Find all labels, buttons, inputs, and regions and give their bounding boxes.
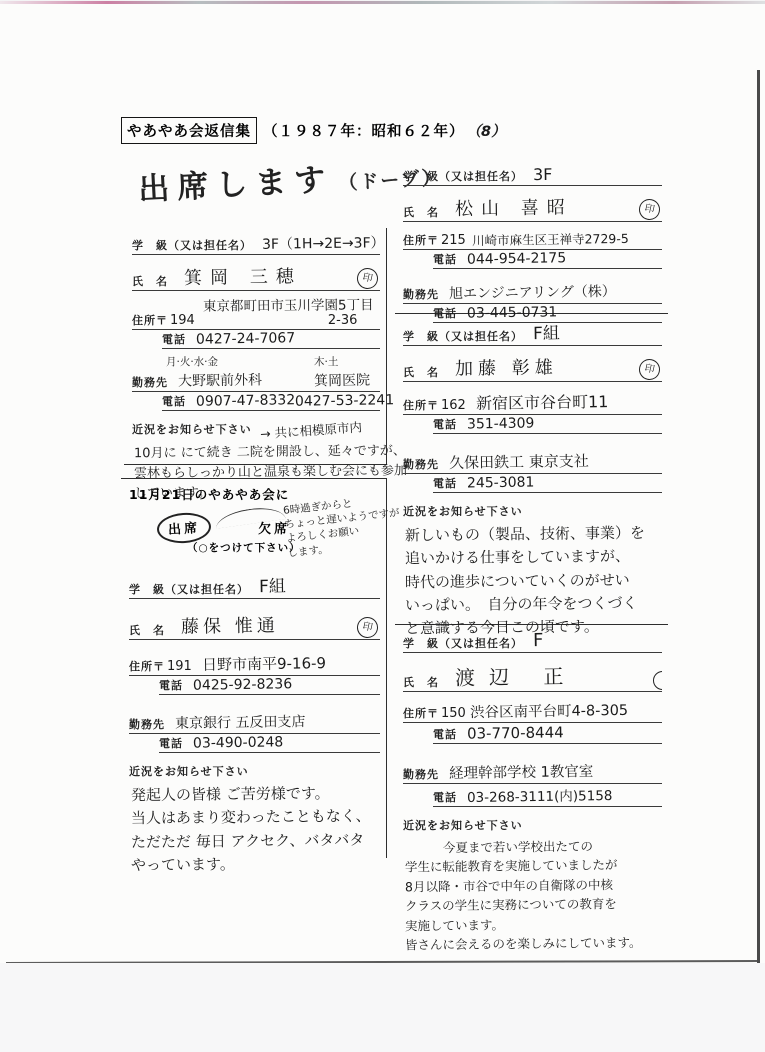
- work-value: 東京銀行 五反田支店: [175, 711, 306, 733]
- status-text: 発起人の皆様 ご苦労様です。 当人はあまり変わったこともなく、 ただただ 毎日 …: [131, 783, 380, 876]
- work-label: 勤務先: [132, 374, 168, 390]
- name-value: 渡辺 正: [455, 660, 578, 691]
- phone-value: 0427-24-7067: [196, 330, 295, 347]
- phone-label: 電話: [162, 331, 186, 347]
- postal-code: 150: [441, 706, 466, 721]
- work-values: 大野駅前外科 箕岡医院: [168, 370, 378, 390]
- work-row: 勤務先 久保田鉄工 東京支社: [403, 450, 662, 474]
- seal-stamp: 印: [355, 266, 380, 291]
- seal-stamp: 印: [355, 615, 380, 640]
- work-phone-1: 0907-47-8332: [196, 392, 295, 409]
- name-label: 氏 名: [403, 204, 439, 220]
- name-value: 箕岡 三穂: [184, 262, 302, 290]
- work-label: 勤務先: [129, 716, 165, 732]
- name-value: 加藤 彰雄: [455, 353, 558, 380]
- phone-label: 電話: [433, 726, 457, 742]
- address-label: 住所〒: [132, 312, 168, 328]
- work-phone-row: 電話 03-268-3111(内)5158: [433, 784, 662, 807]
- seal-stamp-clipped: [653, 671, 662, 690]
- status-label: 近況をお知らせ下さい: [403, 503, 523, 519]
- name-value: 藤保 惟通: [181, 611, 279, 638]
- status-line: クラスの学生に実務についての教育を: [405, 894, 662, 916]
- class-row: 学 級（又は担任名） 3F: [403, 164, 662, 186]
- circle-instruction: （○をつけて下さい）: [187, 540, 301, 555]
- class-row: 学 級（又は担任名） F組: [403, 318, 662, 346]
- scan-edge-right: [757, 70, 760, 963]
- class-label: 学 級（又は担任名）: [403, 635, 523, 651]
- name-row: 氏 名 松山 喜昭 印: [403, 193, 662, 222]
- status-label: 近況をお知らせ下さい: [129, 763, 249, 779]
- scanned-page: やあやあ会返信集 （１９８７年：昭和６２年） （8） 出席します （ドーゾ） 学…: [0, 0, 765, 1052]
- seal-stamp: 印: [637, 197, 662, 222]
- status-line: 時代の進歩についていくのがせい: [405, 568, 662, 594]
- address-row: 住所〒 215 川崎市麻生区王禅寺2729-5: [403, 229, 662, 250]
- schedule-weekdays: 月·火·水·金: [166, 354, 218, 369]
- address-label: 住所〒: [403, 705, 439, 721]
- class-value: 3F（1H→2E→3F）: [262, 232, 385, 254]
- work-row: 勤務先 旭エンジニアリング（株）: [403, 281, 662, 304]
- phone-row: 電話 0427-24-7067: [162, 330, 380, 349]
- status-text: 新しいもの（製品、技術、事業）を 追いかける仕事をしていますが、 時代の進歩につ…: [405, 523, 662, 639]
- work-value: 経理幹部学校 1教官室: [449, 760, 594, 783]
- name-value: 松山 喜昭: [455, 193, 573, 221]
- name-row: 氏 名 加藤 彰雄 印: [403, 353, 662, 382]
- name-row: 氏 名 渡辺 正: [403, 660, 662, 692]
- status-line: やっています。: [131, 851, 380, 877]
- class-value: F組: [259, 572, 286, 597]
- work-phone-row: 電話 0907-47-8332 0427-53-2241: [162, 392, 380, 411]
- address-row: 住所〒 150 渋谷区南平台町4-8-305: [403, 699, 662, 723]
- header-year: （１９８７年：昭和６２年）: [263, 120, 465, 141]
- reply-card-kato: 学 級（又は担任名） F組 氏 名 加藤 彰雄 印 住所〒 162 新宿区市谷台…: [395, 314, 668, 625]
- work-phone-values: 0907-47-8332 0427-53-2241: [186, 393, 402, 409]
- work-label: 勤務先: [403, 456, 439, 472]
- work-row: 勤務先 東京銀行 五反田支店: [129, 711, 380, 734]
- status-line: ただただ 毎日 アクセク、バタバタ: [131, 828, 380, 854]
- scan-edge-top: [0, 1, 765, 4]
- postal-code: 162: [441, 398, 466, 413]
- name-row: 氏 名 箕岡 三穂 印: [132, 262, 380, 291]
- reply-card-fujiyasu: 11月21日のやあやあ会に 出席 欠席 （○をつけて下さい） 6時過ぎからと ち…: [121, 478, 387, 858]
- phone-label: 電話: [433, 416, 457, 432]
- status-row: 近況をお知らせ下さい: [403, 817, 662, 833]
- work-phone-value: 03-268-3111(内)5158: [467, 784, 613, 806]
- class-value: F組: [533, 319, 560, 344]
- phone-value: 351-4309: [467, 416, 535, 433]
- phone-value: 03-770-8444: [467, 723, 564, 742]
- work-phone-label: 電話: [433, 475, 457, 491]
- postal-code: 191: [167, 659, 192, 674]
- status-line: 学生に転能教育を実施していましたが: [405, 855, 662, 877]
- class-value: F: [533, 630, 544, 651]
- seal-stamp: 印: [637, 357, 662, 382]
- work-phone-label: 電話: [433, 789, 457, 805]
- work-phone-2: 0427-53-2241: [295, 392, 394, 409]
- work-value: 旭エンジニアリング（株）: [449, 281, 616, 303]
- address-value: 日野市南平9-16-9: [202, 652, 326, 675]
- address-label: 住所〒: [129, 658, 165, 674]
- status-line: 発起人の皆様 ご苦労様です。: [131, 782, 380, 808]
- address-value: 川崎市麻生区王禅寺2729-5: [472, 229, 629, 249]
- phone-row: 電話 044-954-2175: [433, 250, 662, 269]
- work-row: 勤務先 大野駅前外科 箕岡医院: [132, 369, 380, 392]
- schedule-note: 月·火·水·金 木·土: [166, 354, 380, 369]
- status-row: 近況をお知らせ下さい: [403, 503, 662, 519]
- work-phone-value: 245-3081: [467, 475, 535, 492]
- name-row: 氏 名 藤保 惟通 印: [129, 611, 380, 640]
- work-value-1: 大野駅前外科: [178, 370, 262, 391]
- postal-code: 215: [441, 233, 466, 248]
- address-value: 新宿区市谷台町11: [476, 389, 609, 414]
- work-value-2: 箕岡医院: [314, 370, 370, 391]
- class-row: 学 級（又は担任名） F: [403, 629, 662, 653]
- address-value: 渋谷区南平台町4-8-305: [470, 699, 628, 722]
- attend-choice: 出席 欠席 （○をつけて下さい） 6時過ぎからと ちょっと遅いようですが よろし…: [157, 513, 380, 559]
- phone-label: 電話: [159, 677, 183, 693]
- header-boxed-title: やあやあ会返信集: [121, 117, 257, 144]
- schedule-weekend: 木·土: [314, 354, 338, 369]
- work-phone-label: 電話: [162, 393, 186, 409]
- status-row: 近況をお知らせ下さい: [129, 763, 380, 779]
- address-line1: 東京都町田市玉川学園5丁目: [203, 298, 374, 314]
- address-label: 住所〒: [403, 232, 439, 248]
- scanner-background: [0, 963, 765, 1052]
- header-page-number: （8）: [467, 120, 506, 141]
- status-line: いっぱい。 自分の年令をつくづく: [405, 591, 662, 617]
- phone-label: 電話: [433, 251, 457, 267]
- name-label: 氏 名: [129, 622, 165, 638]
- name-label: 氏 名: [132, 273, 168, 289]
- class-row: 学 級（又は担任名） 3F（1H→2E→3F）: [132, 232, 380, 255]
- phone-row: 電話 03-770-8444: [433, 723, 662, 744]
- status-text: 今夏まで若い学校出たての 学生に転能教育を実施していましたが 8月以降・市谷で中…: [405, 837, 662, 957]
- status-line: 追いかける仕事をしていますが、: [405, 545, 662, 571]
- reply-card-watanabe: 学 級（又は担任名） F 氏 名 渡辺 正 住所〒 150 渋谷区南平台町4-8…: [395, 625, 668, 957]
- reply-card-matsuyama: 学 級（又は担任名） 3F 氏 名 松山 喜昭 印 住所〒 215 川崎市麻生区…: [395, 160, 668, 314]
- postal-code: 194: [170, 313, 195, 328]
- phone-value: 0425-92-8236: [193, 676, 292, 693]
- attend-note-line: します。: [287, 543, 329, 559]
- status-row: 近況をお知らせ下さい → 共に相模原市内: [132, 421, 380, 439]
- work-phone-value: 03-490-0248: [193, 734, 283, 751]
- work-label: 勤務先: [403, 286, 439, 302]
- work-phone-row: 電話 03-490-0248: [159, 734, 380, 753]
- class-label: 学 級（又は担任名）: [129, 581, 249, 597]
- class-label: 学 級（又は担任名）: [132, 237, 252, 253]
- page-header: やあやあ会返信集 （１９８７年：昭和６２年） （8）: [121, 117, 506, 144]
- class-value: 3F: [533, 165, 553, 184]
- name-label: 氏 名: [403, 364, 439, 380]
- address-row: 住所〒 162 新宿区市谷台町11: [403, 389, 662, 415]
- class-label: 学 級（又は担任名）: [403, 328, 523, 344]
- status-line: 当人はあまり変わったこともなく、: [131, 805, 380, 831]
- phone-row: 電話 351-4309: [433, 415, 662, 434]
- name-label: 氏 名: [403, 674, 439, 690]
- reply-card-minooka: 学 級（又は担任名） 3F（1H→2E→3F） 氏 名 箕岡 三穂 印 住所〒 …: [124, 228, 387, 465]
- work-phone-row: 電話 245-3081: [433, 474, 662, 493]
- phone-row: 電話 0425-92-8236: [159, 676, 380, 695]
- status-side-note: → 共に相模原市内: [259, 418, 362, 443]
- status-line: 新しいもの（製品、技術、事業）を: [405, 522, 662, 548]
- work-value: 久保田鉄工 東京支社: [449, 450, 589, 473]
- work-row: 勤務先 経理幹部学校 1教官室: [403, 760, 662, 784]
- address-label: 住所〒: [403, 397, 439, 413]
- address-row: 住所〒 194 東京都町田市玉川学園5丁目 2-36: [132, 298, 380, 330]
- class-label: 学 級（又は担任名）: [403, 168, 523, 184]
- status-label: 近況をお知らせ下さい: [132, 421, 252, 437]
- address-row: 住所〒 191 日野市南平9-16-9: [129, 652, 380, 676]
- phone-value: 044-954-2175: [467, 250, 566, 267]
- work-label: 勤務先: [403, 766, 439, 782]
- class-row: 学 級（又は担任名） F組: [129, 571, 380, 599]
- address-line2: 2-36: [328, 314, 358, 328]
- work-phone-label: 電話: [159, 735, 183, 751]
- address-value: 東京都町田市玉川学園5丁目 2-36: [203, 299, 374, 328]
- status-label: 近況をお知らせ下さい: [403, 817, 523, 833]
- status-line: 実施しています。: [405, 913, 662, 935]
